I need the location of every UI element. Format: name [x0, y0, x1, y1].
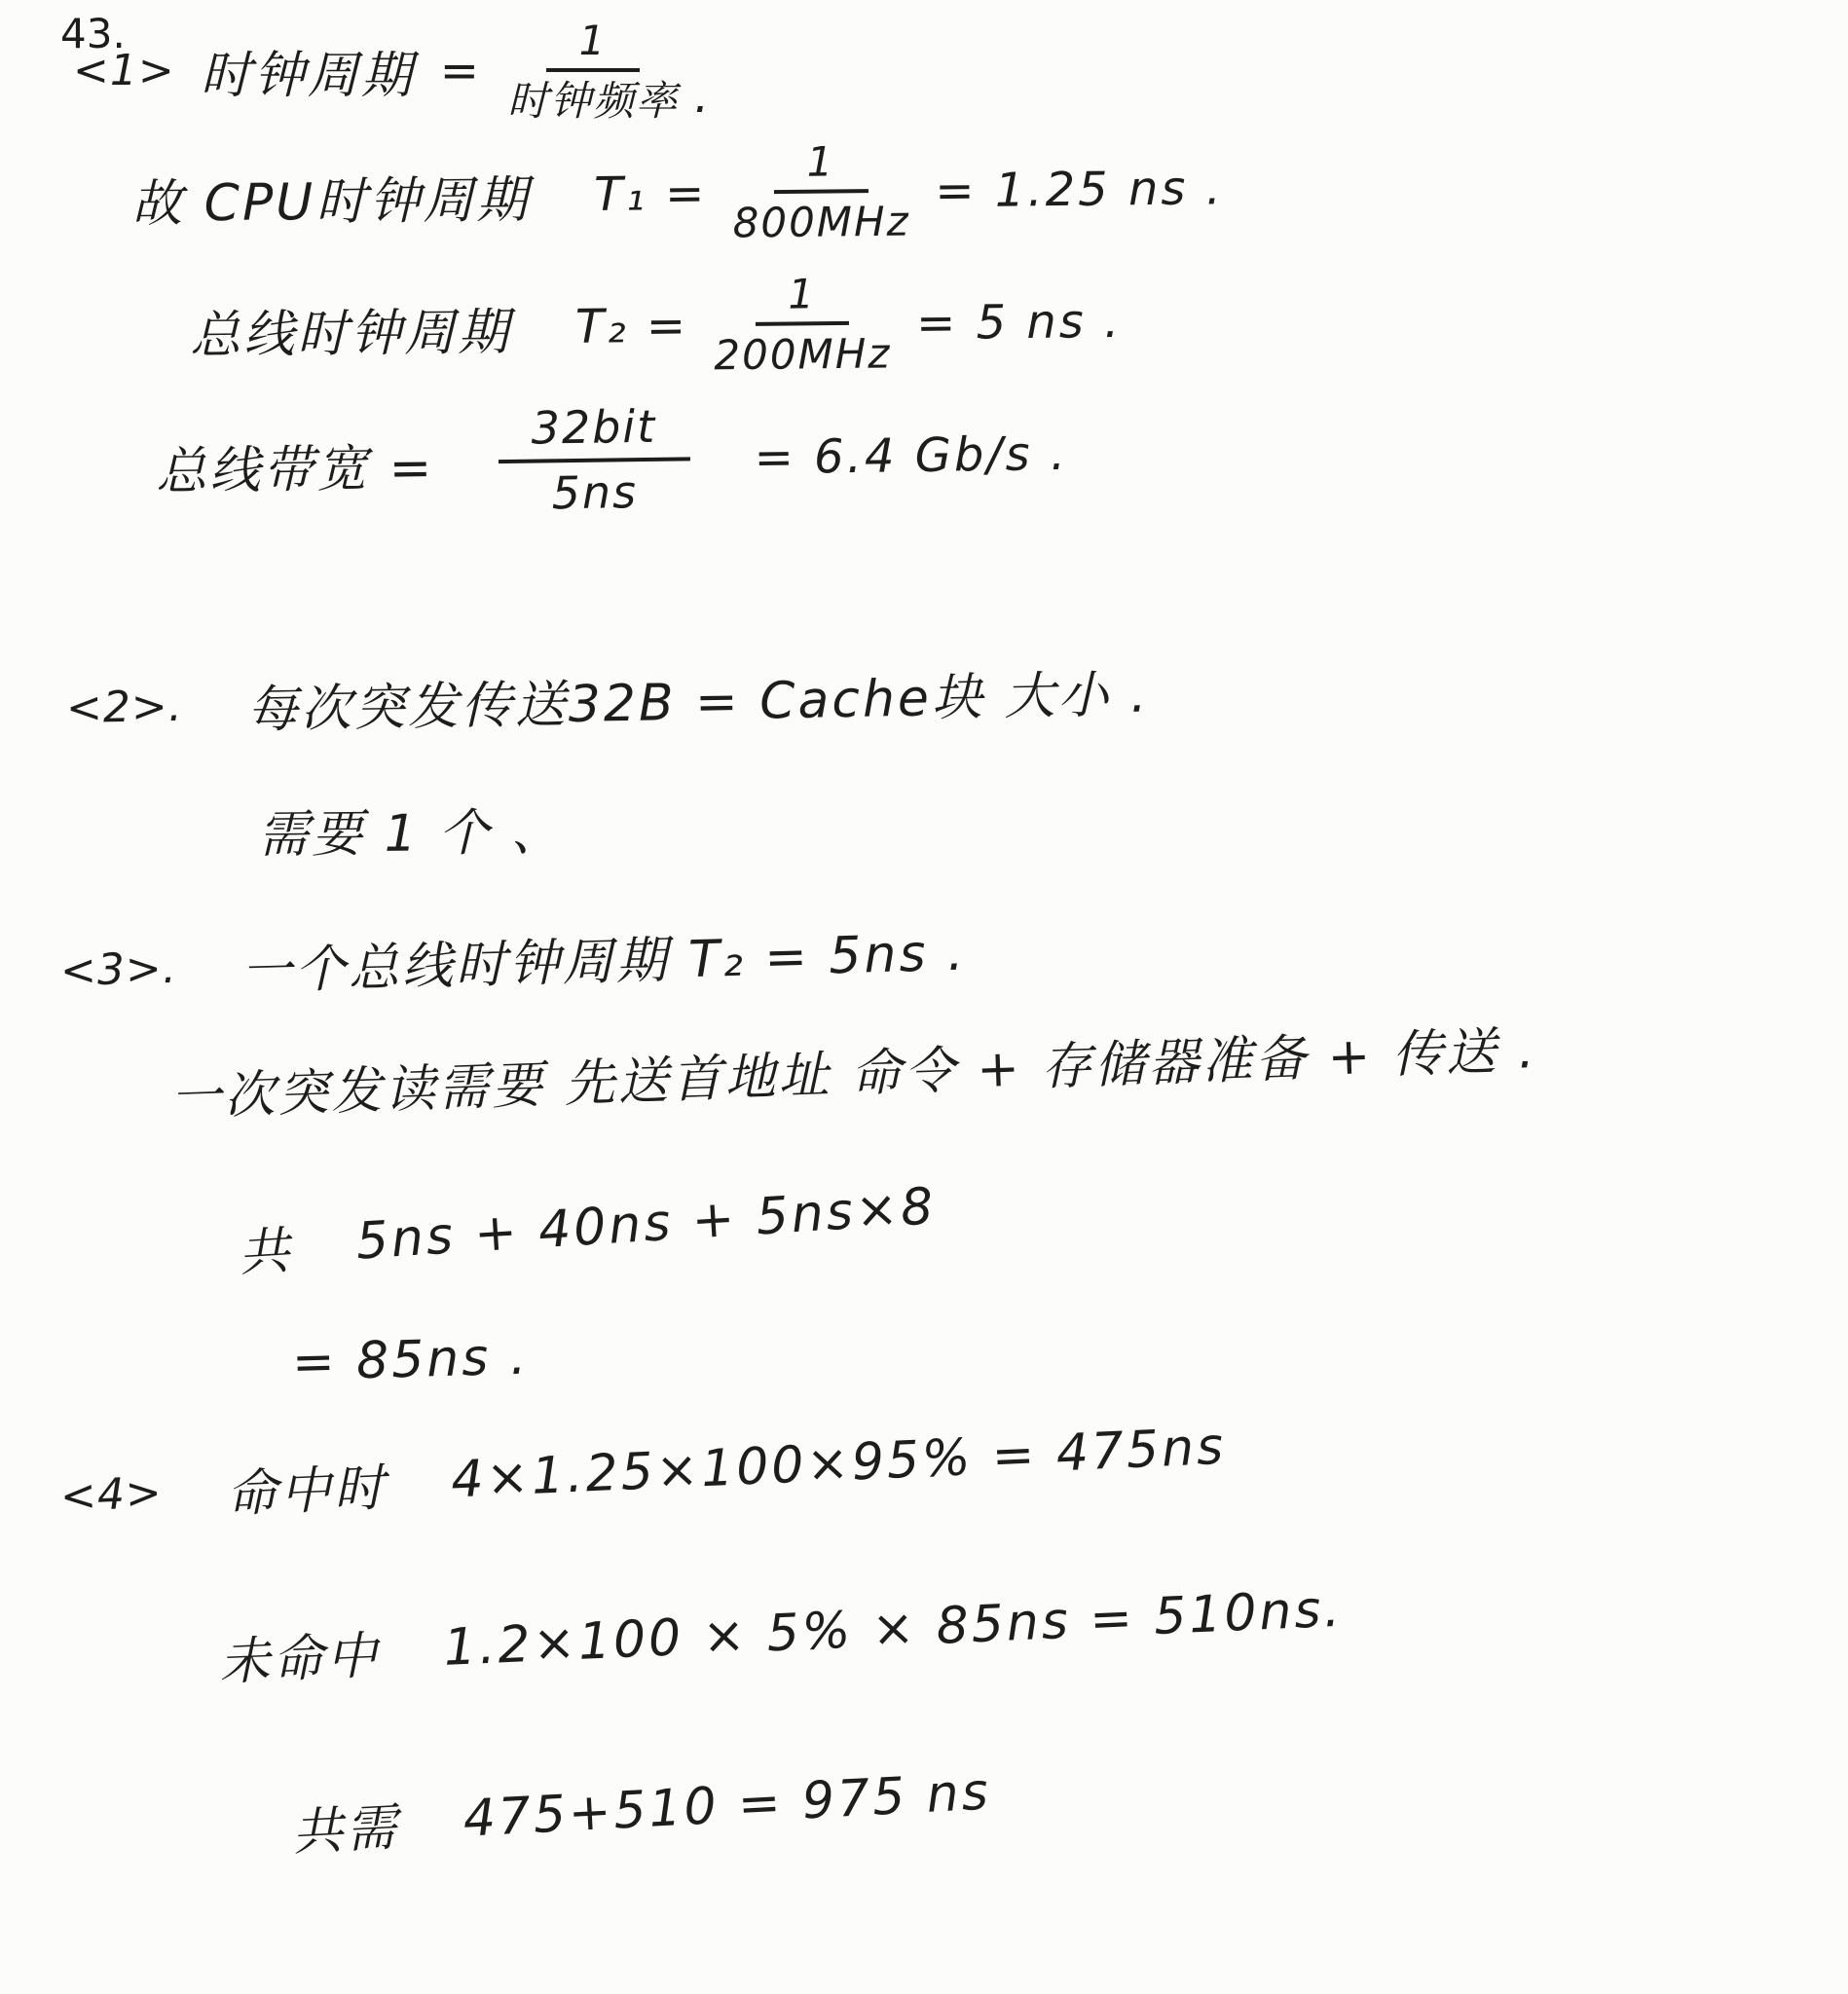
part2-tag: <2>.: [66, 682, 184, 733]
part2-line2: 需要 1 个 、: [258, 791, 565, 867]
bus-clock-symbol: T₂ =: [575, 298, 689, 353]
part2-line1: <2>. 每次突发传送32B = Cache块 大小 .: [65, 653, 1150, 745]
part1-definition-line: <1> 时钟周期 = 1 时钟频率 .: [73, 18, 712, 124]
bandwidth-fraction: 32bit 5ns: [498, 401, 690, 519]
part1-tag: <1>: [73, 46, 175, 95]
bus-clock-result: = 5 ns .: [916, 294, 1123, 351]
part4-hit-label: 命中时: [225, 1446, 388, 1526]
definition-period: .: [694, 69, 712, 124]
handwritten-notes-page: 43. <1> 时钟周期 = 1 时钟频率 . 故 CPU时钟周期 T₁ = 1…: [0, 0, 1848, 1994]
part4-tag: <4>: [59, 1467, 164, 1522]
definition-equals: =: [440, 44, 482, 98]
definition-fraction-numerator: 1: [546, 18, 641, 72]
definition-fraction: 1 时钟频率: [507, 18, 679, 124]
part3-statement1: 一个总线时钟周期 T₂ = 5ns .: [240, 911, 968, 1003]
part3-result: = 85ns .: [291, 1328, 530, 1392]
part3-tag: <3>.: [59, 943, 177, 996]
bandwidth-fraction-denominator: 5ns: [551, 462, 638, 519]
part4-hit-expr: 4×1.25×100×95% = 475ns: [450, 1417, 1227, 1509]
part4-miss-label: 未命中: [217, 1614, 381, 1694]
part3-statement2: 一次突发读需要 先送首地址 命令 + 存储器准备 + 传送 .: [169, 1009, 1538, 1129]
bus-clock-line: 总线时钟周期 T₂ = 1 200MHz = 5 ns .: [189, 268, 1122, 384]
part3-line1: <3>. 一个总线时钟周期 T₂ = 5ns .: [59, 911, 967, 1008]
cpu-clock-result: = 1.25 ns .: [935, 161, 1224, 218]
bus-clock-fraction-denominator: 200MHz: [714, 324, 892, 378]
cpu-clock-fraction-denominator: 800MHz: [732, 193, 910, 246]
part3-sum-expr: 5ns + 40ns + 5ns×8: [354, 1177, 938, 1271]
part4-total-expr: 475+510 = 975 ns: [462, 1762, 992, 1848]
bandwidth-result: = 6.4 Gb/s .: [754, 426, 1068, 485]
bus-clock-prefix: 总线时钟周期: [190, 291, 512, 367]
part3-line4: = 85ns .: [291, 1328, 530, 1392]
part4-total-line: 共需 475+510 = 975 ns: [290, 1754, 993, 1865]
part4-total-label: 共需: [290, 1786, 401, 1865]
cpu-clock-fraction: 1 800MHz: [732, 138, 910, 246]
cpu-clock-line: 故 CPU时钟周期 T₁ = 1 800MHz = 1.25 ns .: [130, 134, 1224, 252]
part3-line3: 共 5ns + 40ns + 5ns×8: [237, 1169, 939, 1285]
cpu-clock-fraction-numerator: 1: [773, 138, 868, 194]
bandwidth-line: 总线带宽 = 32bit 5ns = 6.4 Gb/s .: [155, 396, 1069, 524]
cpu-clock-prefix: 故 CPU时钟周期: [131, 159, 531, 236]
bandwidth-lhs: 总线带宽 =: [155, 426, 434, 503]
cpu-clock-symbol: T₁ =: [594, 166, 708, 221]
bandwidth-fraction-numerator: 32bit: [498, 401, 689, 462]
part4-miss-expr: 1.2×100 × 5% × 85ns = 510ns.: [442, 1579, 1344, 1677]
part2-statement: 每次突发传送32B = Cache块 大小 .: [246, 653, 1150, 742]
part3-line2: 一次突发读需要 先送首地址 命令 + 存储器准备 + 传送 .: [169, 1009, 1538, 1129]
bus-clock-fraction: 1 200MHz: [713, 270, 891, 378]
part4-hit-line: <4> 命中时 4×1.25×100×95% = 475ns: [58, 1410, 1227, 1533]
part2-need-count: 需要 1 个 、: [258, 791, 565, 867]
part4-miss-line: 未命中 1.2×100 × 5% × 85ns = 510ns.: [217, 1572, 1344, 1694]
part3-sum-label: 共: [237, 1209, 294, 1285]
definition-lhs: 时钟周期: [201, 34, 415, 107]
bus-clock-fraction-numerator: 1: [755, 271, 849, 326]
definition-fraction-denominator: 时钟频率: [507, 72, 679, 124]
